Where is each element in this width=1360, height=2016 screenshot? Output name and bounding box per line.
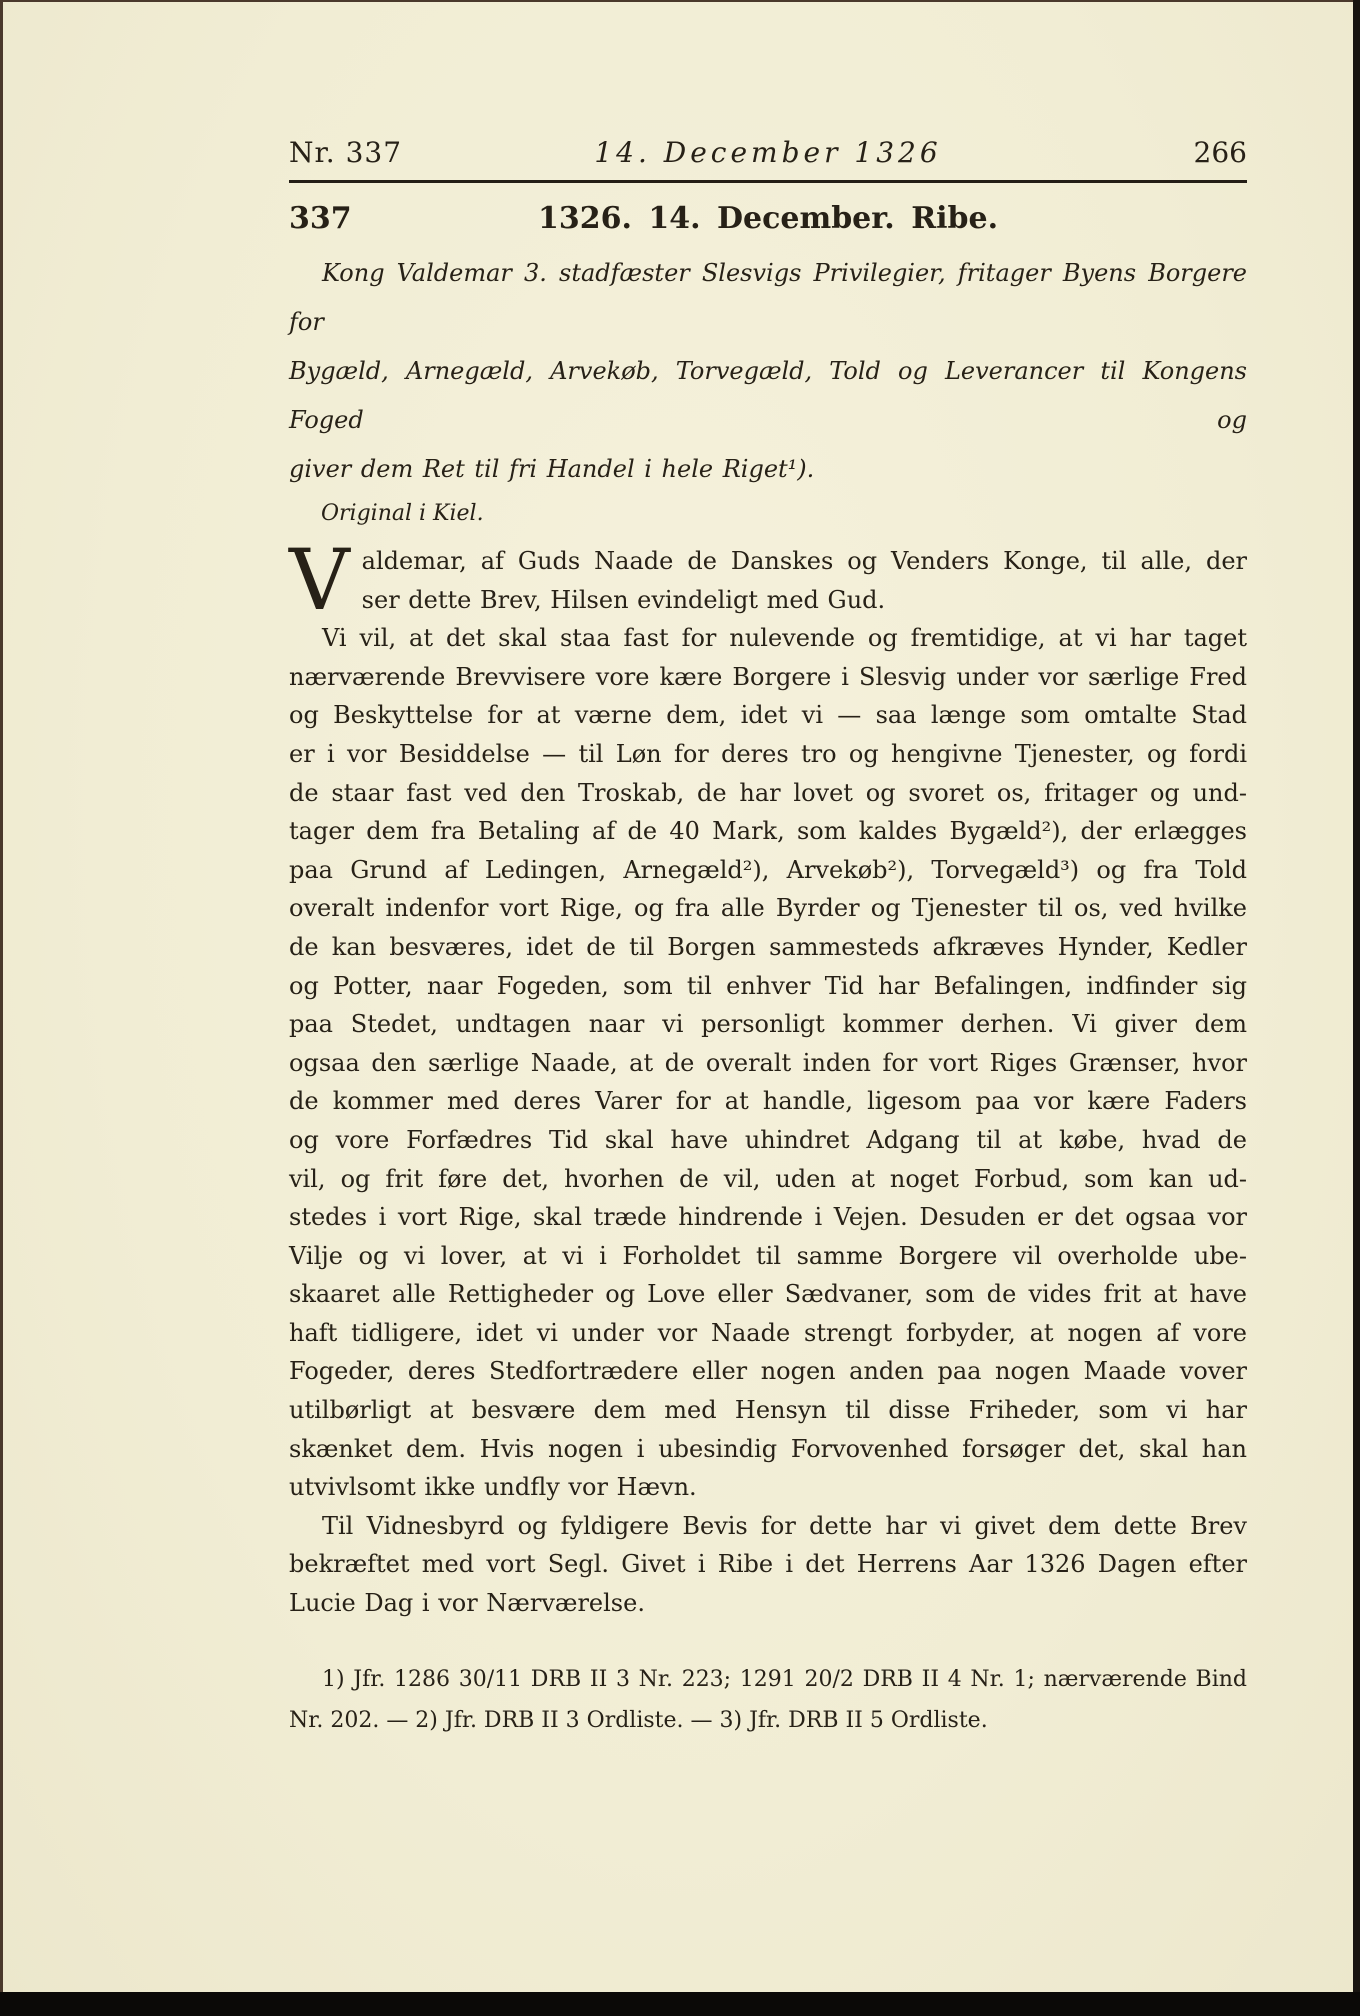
provenance-note: Original i Kiel.: [289, 500, 1247, 528]
letter-paragraph: Til Vidnesbyrd og fyldigere Bevis for de…: [289, 1507, 1247, 1623]
body-line: vil, og frit føre det, hvorhen de vil, u…: [289, 1160, 1247, 1199]
body-line: og Beskyttelse for at værne dem, idet vi…: [289, 696, 1247, 735]
body-line: er i vor Besiddelse — til Løn for deres …: [289, 735, 1247, 774]
page-edge-left: [0, 0, 3, 2016]
page-number: 266: [1194, 136, 1247, 170]
body-line: Vi vil, at det skal staa fast for nuleve…: [289, 619, 1247, 658]
body-line: haft tidligere, idet vi under vor Naade …: [289, 1314, 1247, 1353]
body-line: utvivlsomt ikke undfly vor Hævn.: [289, 1468, 1247, 1507]
letter-body: Valdemar, af Guds Naade de Danskes og Ve…: [289, 542, 1247, 1623]
body-line: aldemar, af Guds Naade de Danskes og Ven…: [289, 542, 1247, 581]
running-header-title: 14. December 1326: [594, 136, 941, 170]
running-header-entry-number: Nr. 337: [289, 136, 402, 170]
body-line: stedes i vort Rige, skal træde hindrende…: [289, 1198, 1247, 1237]
page-content: Nr. 337 14. December 1326 266 337 1326. …: [289, 0, 1247, 1741]
entry-title: 1326. 14. December. Ribe.: [289, 201, 1247, 237]
letter-paragraph: Vi vil, at det skal staa fast for nuleve…: [289, 619, 1247, 1507]
body-line: og vore Forfædres Tid skal have uhindret…: [289, 1121, 1247, 1160]
body-line: utilbørligt at besvære dem med Hensyn ti…: [289, 1391, 1247, 1430]
header-rule: [289, 180, 1247, 183]
body-line: paa Stedet, undtagen naar vi personligt …: [289, 1005, 1247, 1044]
footnote-line: Nr. 202. — 2) Jfr. DRB II 3 Ordliste. — …: [289, 1700, 1247, 1741]
footnote-line: 1) Jfr. 1286 30/11 DRB II 3 Nr. 223; 129…: [289, 1659, 1247, 1700]
body-line: de kan besværes, idet de til Borgen samm…: [289, 928, 1247, 967]
summary-line: giver dem Ret til fri Handel i hele Rige…: [289, 445, 1247, 494]
body-line: ogsaa den særlige Naade, at de overalt i…: [289, 1044, 1247, 1083]
body-line: Fogeder, deres Stedfortrædere eller noge…: [289, 1352, 1247, 1391]
body-line: og Potter, naar Fogeden, som til enhver …: [289, 967, 1247, 1006]
entry-summary: Kong Valdemar 3. stadfæster Slesvigs Pri…: [289, 249, 1247, 494]
body-line: nærværende Brevvisere vore kære Borgere …: [289, 658, 1247, 697]
body-line: Til Vidnesbyrd og fyldigere Bevis for de…: [289, 1507, 1247, 1546]
dropcap-initial: V: [289, 542, 350, 619]
body-line: paa Grund af Ledingen, Arnegæld²), Arvek…: [289, 851, 1247, 890]
body-line: ser dette Brev, Hilsen evindeligt med Gu…: [289, 581, 1247, 620]
body-line: skænket dem. Hvis nogen i ubesindig Forv…: [289, 1430, 1247, 1469]
entry-number: 337: [289, 201, 352, 237]
body-line: skaaret alle Rettigheder og Love eller S…: [289, 1275, 1247, 1314]
body-line: Vilje og vi lover, at vi i Forholdet til…: [289, 1237, 1247, 1276]
body-line: tager dem fra Betaling af de 40 Mark, so…: [289, 812, 1247, 851]
body-line: Lucie Dag i vor Nærværelse.: [289, 1584, 1247, 1623]
body-line: bekræftet med vort Segl. Givet i Ribe i …: [289, 1545, 1247, 1584]
scanned-book-page: Nr. 337 14. December 1326 266 337 1326. …: [0, 0, 1360, 2016]
page-edge-bottom: [0, 1992, 1360, 2016]
footnotes: 1) Jfr. 1286 30/11 DRB II 3 Nr. 223; 129…: [289, 1659, 1247, 1741]
page-edge-right: [1353, 0, 1360, 2016]
body-line: de staar fast ved den Troskab, de har lo…: [289, 774, 1247, 813]
summary-line: Bygæld, Arnegæld, Arvekøb, Torvegæld, To…: [289, 347, 1247, 445]
entry-heading-row: 337 1326. 14. December. Ribe.: [289, 201, 1247, 237]
running-header: Nr. 337 14. December 1326 266: [289, 136, 1247, 170]
letter-paragraph: Valdemar, af Guds Naade de Danskes og Ve…: [289, 542, 1247, 619]
body-line: overalt indenfor vort Rige, og fra alle …: [289, 889, 1247, 928]
body-line: de kommer med deres Varer for at handle,…: [289, 1082, 1247, 1121]
summary-line: Kong Valdemar 3. stadfæster Slesvigs Pri…: [289, 249, 1247, 347]
